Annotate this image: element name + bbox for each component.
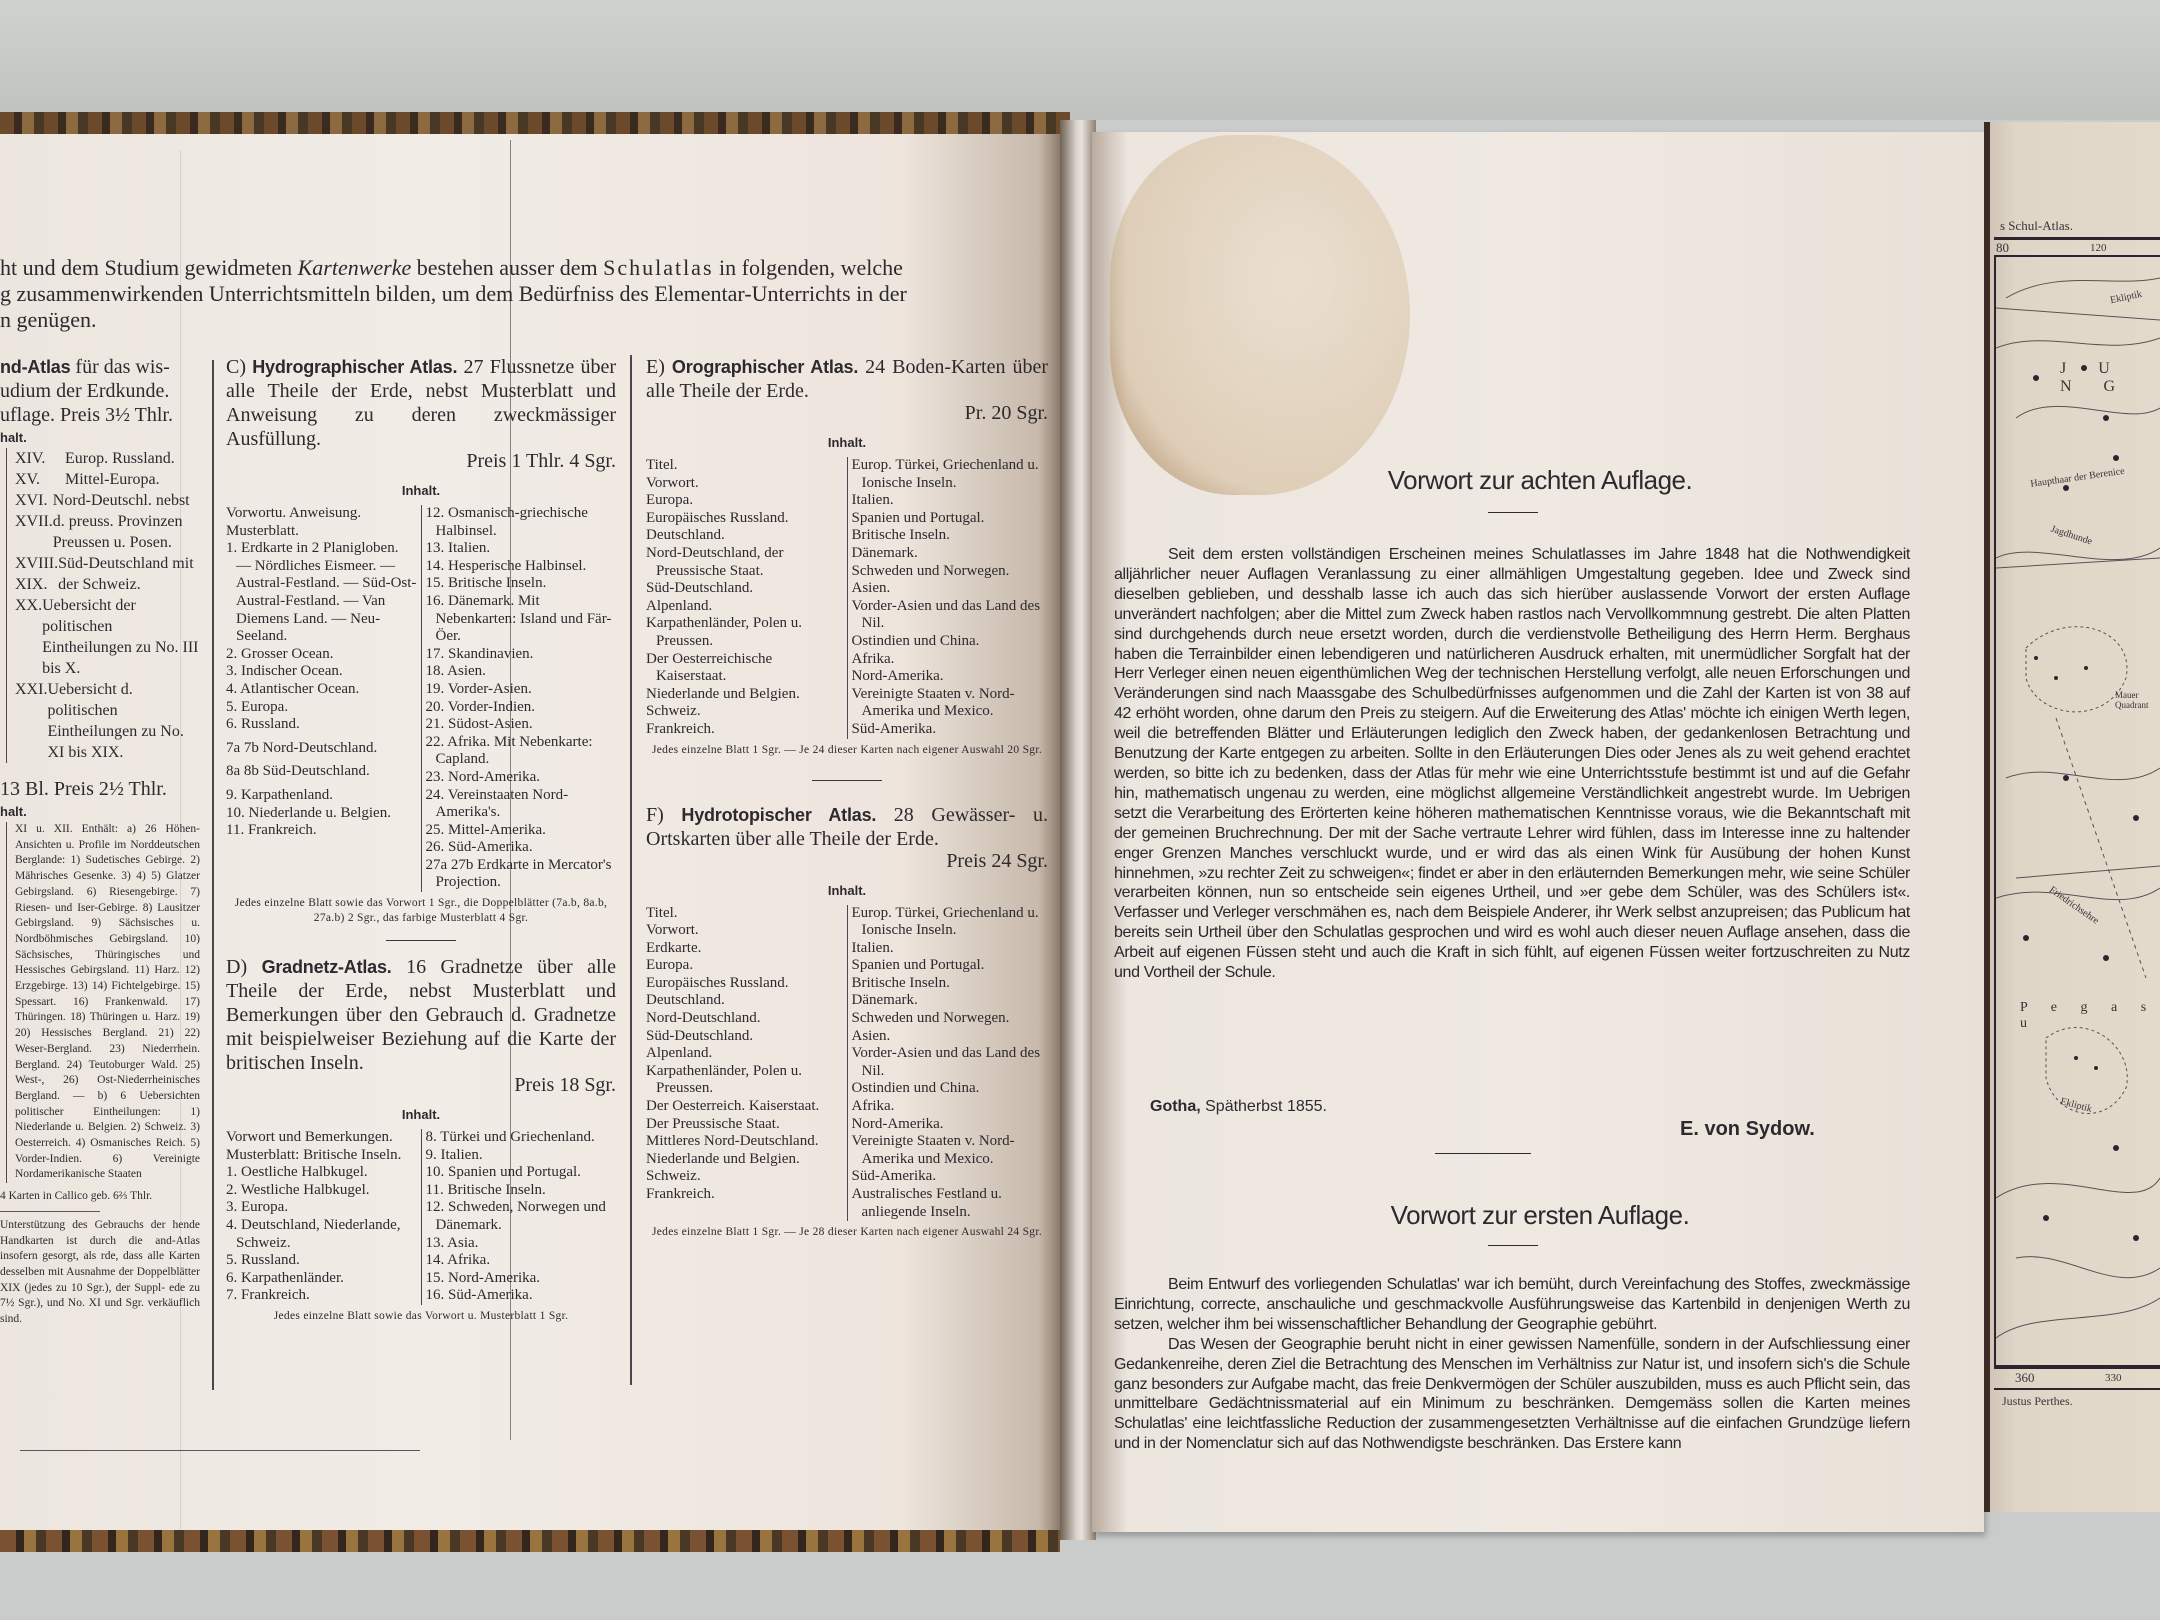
- preface-1st-body: Beim Entwurf des vorliegenden Schulatlas…: [1114, 1275, 1910, 1454]
- water-stain: [1110, 135, 1410, 495]
- section-e-orographischer-atlas: E) Orographischer Atlas. 24 Boden-Karten…: [646, 355, 1048, 1240]
- table-surface: [0, 0, 2160, 120]
- supplement-contents: XI u. XII. Enthält: a) 26 Höhen-Ansichte…: [6, 822, 200, 1183]
- contents-row: XVI. XVII.Nord-Deutschl. nebst d. preuss…: [15, 490, 200, 553]
- book-gutter: [1060, 120, 1096, 1540]
- place-date: Gotha, Spätherbst 1855.: [1150, 1098, 1327, 1116]
- intro-paragraph: ht und dem Studium gewidmeten Kartenwerk…: [0, 255, 1052, 333]
- section-c-hydrographischer-atlas: C) Hydrographischer Atlas. 27 Flussnetze…: [226, 355, 616, 1324]
- section-separator: [386, 940, 456, 941]
- marbled-edge-bottom: [0, 1530, 1060, 1552]
- section-title: Gradnetz-Atlas.: [262, 957, 392, 977]
- section-title: Hydrographischer Atlas.: [252, 357, 457, 377]
- author-signature: E. von Sydow.: [1680, 1118, 1815, 1141]
- contents-table: Vorwortu. Anweisung.Musterblatt.1. Erdka…: [226, 505, 616, 892]
- contents-row: XXI.Uebersicht d. politischen Eintheilun…: [15, 679, 200, 763]
- constellation-drawing-icon: [1996, 258, 2160, 1366]
- column-rule: [212, 360, 214, 1390]
- preface-1st-title: Vorwort zur ersten Auflage.: [1100, 1200, 1980, 1231]
- section-f-hydrotopischer-atlas: F) Hydrotopischer Atlas. 28 Gewässer- u.…: [646, 803, 1048, 851]
- contents-row: XVIII. XIX.Süd-Deutschland mit der Schwe…: [15, 553, 200, 595]
- section-title: Orographischer Atlas.: [672, 357, 858, 377]
- marbled-edge-top: [0, 112, 1070, 134]
- contents-row: XX.Uebersicht der politischen Eintheilun…: [15, 595, 200, 679]
- usage-note: Unterstützung des Gebrauchs der hende Ha…: [0, 1218, 200, 1328]
- title-rule: [1488, 512, 1538, 513]
- section-title: Hydrotopischer Atlas.: [681, 805, 876, 825]
- section-b-heading: nd-Atlas für das wis-: [0, 355, 200, 379]
- section-separator: [812, 780, 882, 781]
- price-note: Jedes einzelne Blatt 1 Sgr. — Je 24 dies…: [646, 743, 1048, 758]
- section-rule: [1435, 1153, 1531, 1154]
- price: Preis 24 Sgr.: [646, 851, 1048, 872]
- price: Preis 1 Thlr. 4 Sgr.: [226, 451, 616, 472]
- price: Preis 18 Sgr.: [226, 1075, 616, 1096]
- section-b-handatlas: nd-Atlas für das wis- udium der Erdkunde…: [0, 355, 200, 1328]
- price-note: Jedes einzelne Blatt sowie das Vorwort 1…: [226, 896, 616, 926]
- contents-row: XIV.Europ. Russland.: [15, 448, 200, 469]
- publisher-credit: Justus Perthes.: [2002, 1394, 2073, 1409]
- preface-8th-body: Seit dem ersten vollständigen Erscheinen…: [1114, 545, 1910, 983]
- contents-table: Titel.Vorwort.Erdkarte.Europa.Europäisch…: [646, 905, 1048, 1222]
- contents-row: XV.Mittel-Europa.: [15, 469, 200, 490]
- preface-8th-title: Vorwort zur achten Auflage.: [1100, 465, 1980, 496]
- contents-table: Vorwort und Bemerkungen.Musterblatt: Bri…: [226, 1129, 616, 1305]
- title-rule: [1488, 1245, 1538, 1246]
- price: Pr. 20 Sgr.: [646, 403, 1048, 424]
- price-note: Jedes einzelne Blatt sowie das Vorwort u…: [226, 1309, 616, 1324]
- emphasis-kartenwerke: Kartenwerke: [298, 255, 412, 280]
- contents-table: Titel.Vorwort.Europa.Europäisches Russla…: [646, 457, 1048, 739]
- map-header: s Schul-Atlas.: [2000, 218, 2073, 234]
- price-note: Jedes einzelne Blatt 1 Sgr. — Je 28 dies…: [646, 1225, 1048, 1240]
- footer-rule: [20, 1450, 420, 1451]
- column-rule: [630, 355, 632, 1385]
